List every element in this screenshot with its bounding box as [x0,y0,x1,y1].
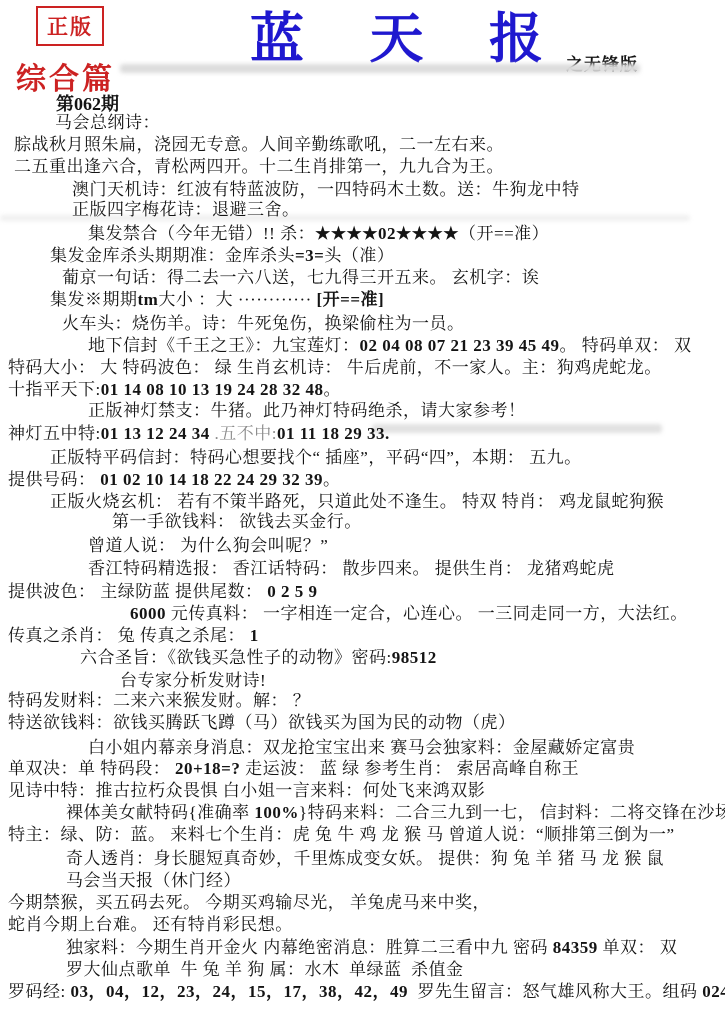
line-text: 蛇肖今期上台难。 还有特肖彩民想。 [8,915,293,934]
report-line: 独家料：今期生肖开金火 内幕绝密消息：胜算二三看中九 密码 84359 单双： … [66,938,677,958]
line-text: 地下信封《千王之王》：九宝莲灯： [88,336,360,355]
line-text: 火车头：烧伤羊。诗：牛死兔伤，换梁偷柱为一员。 [62,314,465,333]
line-text: 正版火烧玄机： 若有不策半路死，只道此处不逢生。 特双 特肖： 鸡龙鼠蛇狗猴 [50,492,664,511]
line-number: 100% [254,803,299,822]
report-line: 裸体美女献特码{准确率 100%}特码来料：二合三九到一七， 信封料：二将交锋在… [66,803,725,823]
star-kill-sequence: ★★★★02★★★★ [315,224,459,243]
number-list: 0 2 5 9 [267,582,317,601]
line-number: tm [138,290,159,309]
report-line: 马会当天报（休门经） [66,871,241,891]
report-line: 正版神灯禁支：牛猪。此乃神灯特码绝杀，请大家参考！ [88,401,526,421]
line-text: 台专家分析发财诗! [120,671,266,690]
line-text: 。 [323,470,341,489]
line-text: 第一手欲钱料： 欲钱去买金行。 [112,512,362,531]
line-text: 马会总纲诗： [55,113,160,132]
line-text: 正版特平码信封：特码心想要找个“ 插座”，平码“四”，本期： 五九。 [50,448,582,467]
line-text: 罗先生留言：怒气雄风称大王。组码 [408,982,702,1001]
line-text: 传真之杀肖： 兔 传真之杀尾： [8,626,250,645]
line-text: 神灯五中特: [8,424,101,443]
line-text: 走运波： 蓝 绿 参考生肖： 索居高峰自称王 [240,759,579,778]
line-text: 大小 ：大 ············ [158,290,316,309]
line-text: 正版四字梅花诗：退避三舍。 [72,200,300,219]
line-text: 独家料：今期生肖开金火 内幕绝密消息：胜算二三看中九 密码 [66,938,553,957]
report-line: 蛇肖今期上台难。 还有特肖彩民想。 [8,915,293,935]
line-text: 腙战秋月照朱扁，浇园无专意。人间辛勤练歌吼，二一左右来。 [14,135,504,154]
secret-code: 98512 [392,648,437,667]
secret-code: 024159 [702,982,725,1001]
line-text: }特码来料：二合三九到一七， 信封料：二将交锋在沙场。 [299,803,725,822]
report-line: 神灯五中特:01 13 12 24 34 .五不中:01 11 18 29 33… [8,424,390,444]
report-line: 传真之杀肖： 兔 传真之杀尾： 1 [8,626,259,646]
report-line: 马会总纲诗： [55,113,160,133]
report-line: 六合圣旨：《欲钱买急性子的动物》密码:98512 [80,648,437,668]
line-number: 6000 [130,604,166,623]
line-text: 集发金库杀头期期准：金库杀头 [50,246,295,265]
number-list: 02 04 08 07 21 23 39 45 49 [360,336,560,355]
report-line: 二五重出逢六合，青松两四开。十二生肖排第一，九九合为王。 [14,157,504,177]
line-text: （开==准） [459,224,549,243]
report-line: 正版火烧玄机： 若有不策半路死，只道此处不逢生。 特双 特肖： 鸡龙鼠蛇狗猴 [50,492,664,512]
number-list: 01 02 10 14 18 22 24 29 32 39 [100,470,323,489]
report-line: 十指平天下:01 14 08 10 13 19 24 28 32 48。 [8,380,341,400]
report-line: 正版四字梅花诗：退避三舍。 [72,200,300,220]
report-line: 特码发财料：二来六来猴发财。解： ？ [8,691,310,711]
number-list: 01 14 08 10 13 19 24 28 32 48 [101,380,324,399]
report-line: 罗码经: 03，04，12，23，24，15，17，38，42，49 罗先生留言… [8,982,725,1002]
secret-code: 84359 [553,938,598,957]
genuine-stamp: 正版 [36,6,104,46]
report-line: 腙战秋月照朱扁，浇园无专意。人间辛勤练歌吼，二一左右来。 [14,135,504,155]
report-line: 集发金库杀头期期准：金库杀头=3=头（准） [50,246,394,266]
report-line: 特送欲钱料：欲钱买腾跃飞蹲（马）欲钱买为国为民的动物（虎） [8,713,516,733]
line-number: [开==准] [317,290,385,309]
report-line: 第一手欲钱料： 欲钱去买金行。 [112,512,362,532]
line-text: 罗码经: [8,982,70,1001]
line-text: 集发※期期 [50,290,138,309]
line-text: 特码大小： 大 特码波色： 绿 生肖玄机诗： 牛后虎前，不一家人。主：狗鸡虎蛇龙… [8,358,662,377]
line-text: 单双决：单 特码段： [8,759,175,778]
line-text: 裸体美女献特码{准确率 [66,803,254,822]
line-number: 1 [250,626,259,645]
number-list: 01 13 12 24 34 [101,424,210,443]
report-line: 6000 元传真料： 一字相连一定合，心连心。 一三同走同一方，大法红。 [130,604,688,624]
report-line: 火车头：烧伤羊。诗：牛死兔伤，换梁偷柱为一员。 [62,314,465,334]
report-line: 集发禁合（今年无错）!! 杀：★★★★02★★★★（开==准） [88,224,549,244]
line-text: 单双： 双 [598,938,678,957]
line-text: 葡京一句话：得二去一六八送，七九得三开五来。 玄机字：诶 [62,268,539,287]
line-text: 白小姐内幕亲身消息：双龙抢宝宝出来 赛马会独家料：金屋藏娇定富贵 [88,738,635,757]
report-line: 地下信封《千王之王》：九宝莲灯：02 04 08 07 21 23 39 45 … [88,336,692,356]
report-line: 罗大仙点歌单 牛 兔 羊 狗 属：水木 单绿蓝 杀值金 [66,960,464,980]
report-line: 香江特码精选报： 香江话特码： 散步四来。 提供生肖： 龙猪鸡蛇虎 [88,559,615,579]
line-text: 。 [323,380,341,399]
line-text: 特送欲钱料：欲钱买腾跃飞蹲（马）欲钱买为国为民的动物（虎） [8,713,516,732]
line-text: 。 特码单双： 双 [560,336,692,355]
line-text: 十指平天下: [8,380,101,399]
line-text: 今期禁猴，买五码去死。 今期买鸡输尽光， 羊兔虎马来中奖， [8,893,490,912]
report-line: 今期禁猴，买五码去死。 今期买鸡输尽光， 羊兔虎马来中奖， [8,893,490,913]
line-text: 二五重出逢六合，青松两四开。十二生肖排第一，九九合为王。 [14,157,504,176]
report-line: 曾道人说： 为什么狗会叫呢？” [88,536,328,556]
report-line: 特主：绿、防：蓝。 来料七个生肖：虎 兔 牛 鸡 龙 猴 马 曾道人说：“顺排第… [8,825,675,845]
line-text: .五不中: [210,424,277,443]
report-line: 提供波色： 主绿防蓝 提供尾数： 0 2 5 9 [8,582,318,602]
report-line: 白小姐内幕亲身消息：双龙抢宝宝出来 赛马会独家料：金屋藏娇定富贵 [88,738,635,758]
line-text: 奇人透肖：身长腿短真奇妙，千里炼成变女妖。 提供：狗 兔 羊 猪 马 龙 猴 鼠 [66,849,664,868]
report-line: 特码大小： 大 特码波色： 绿 生肖玄机诗： 牛后虎前，不一家人。主：狗鸡虎蛇龙… [8,358,662,378]
newspaper-page: 正版 蓝 天 报 之无锋版 综合篇 第062期 马会总纲诗： 腙战秋月照朱扁，浇… [0,0,725,1017]
line-text: 集发禁合（今年无错）!! 杀： [88,224,315,243]
line-text: 正版神灯禁支：牛猪。此乃神灯特码绝杀，请大家参考！ [88,401,526,420]
number-list: 01 11 18 29 33. [277,424,390,443]
scan-smudge [372,424,662,433]
line-text: 提供号码： [8,470,100,489]
line-text: 头（准） [324,246,394,265]
report-line: 奇人透肖：身长腿短真奇妙，千里炼成变女妖。 提供：狗 兔 羊 猪 马 龙 猴 鼠 [66,849,664,869]
line-text: 元传真料： 一字相连一定合，心连心。 一三同走同一方，大法红。 [166,604,688,623]
report-line: 见诗中特：推古拉朽众畏惧 白小姐一言来料：何处飞来鸿双影 [8,781,485,801]
number-list: 03，04，12，23，24，15，17，38，42，49 [70,982,408,1001]
report-line: 正版特平码信封：特码心想要找个“ 插座”，平码“四”，本期： 五九。 [50,448,582,468]
line-text: 马会当天报（休门经） [66,871,241,890]
line-text: 提供波色： 主绿防蓝 提供尾数： [8,582,267,601]
page-title: 蓝 天 报 [250,0,569,73]
line-text: 见诗中特：推古拉朽众畏惧 白小姐一言来料：何处飞来鸿双影 [8,781,485,800]
line-text: 特码发财料：二来六来猴发财。解： ？ [8,691,310,710]
report-line: 台专家分析发财诗! [120,671,266,691]
report-line: 集发※期期tm大小 ：大 ············ [开==准] [50,290,384,310]
scan-smudge [120,64,640,73]
line-text: 曾道人说： 为什么狗会叫呢？” [88,536,328,555]
line-text: 澳门天机诗：红波有特蓝波防，一四特码木土数。送：牛狗龙中特 [72,180,580,199]
line-text: 六合圣旨：《欲钱买急性子的动物》密码: [80,648,392,667]
report-line: 葡京一句话：得二去一六八送，七九得三开五来。 玄机字：诶 [62,268,539,288]
report-line: 单双决：单 特码段： 20+18=? 走运波： 蓝 绿 参考生肖： 索居高峰自称… [8,759,579,779]
line-number: 20+18=? [175,759,240,778]
report-line: 提供号码： 01 02 10 14 18 22 24 29 32 39。 [8,470,341,490]
line-text: 特主：绿、防：蓝。 来料七个生肖：虎 兔 牛 鸡 龙 猴 马 曾道人说：“顺排第… [8,825,675,844]
line-text: 香江特码精选报： 香江话特码： 散步四来。 提供生肖： 龙猪鸡蛇虎 [88,559,615,578]
line-number: =3= [295,246,324,265]
report-line: 澳门天机诗：红波有特蓝波防，一四特码木土数。送：牛狗龙中特 [72,180,580,200]
line-text: 罗大仙点歌单 牛 兔 羊 狗 属：水木 单绿蓝 杀值金 [66,960,464,979]
